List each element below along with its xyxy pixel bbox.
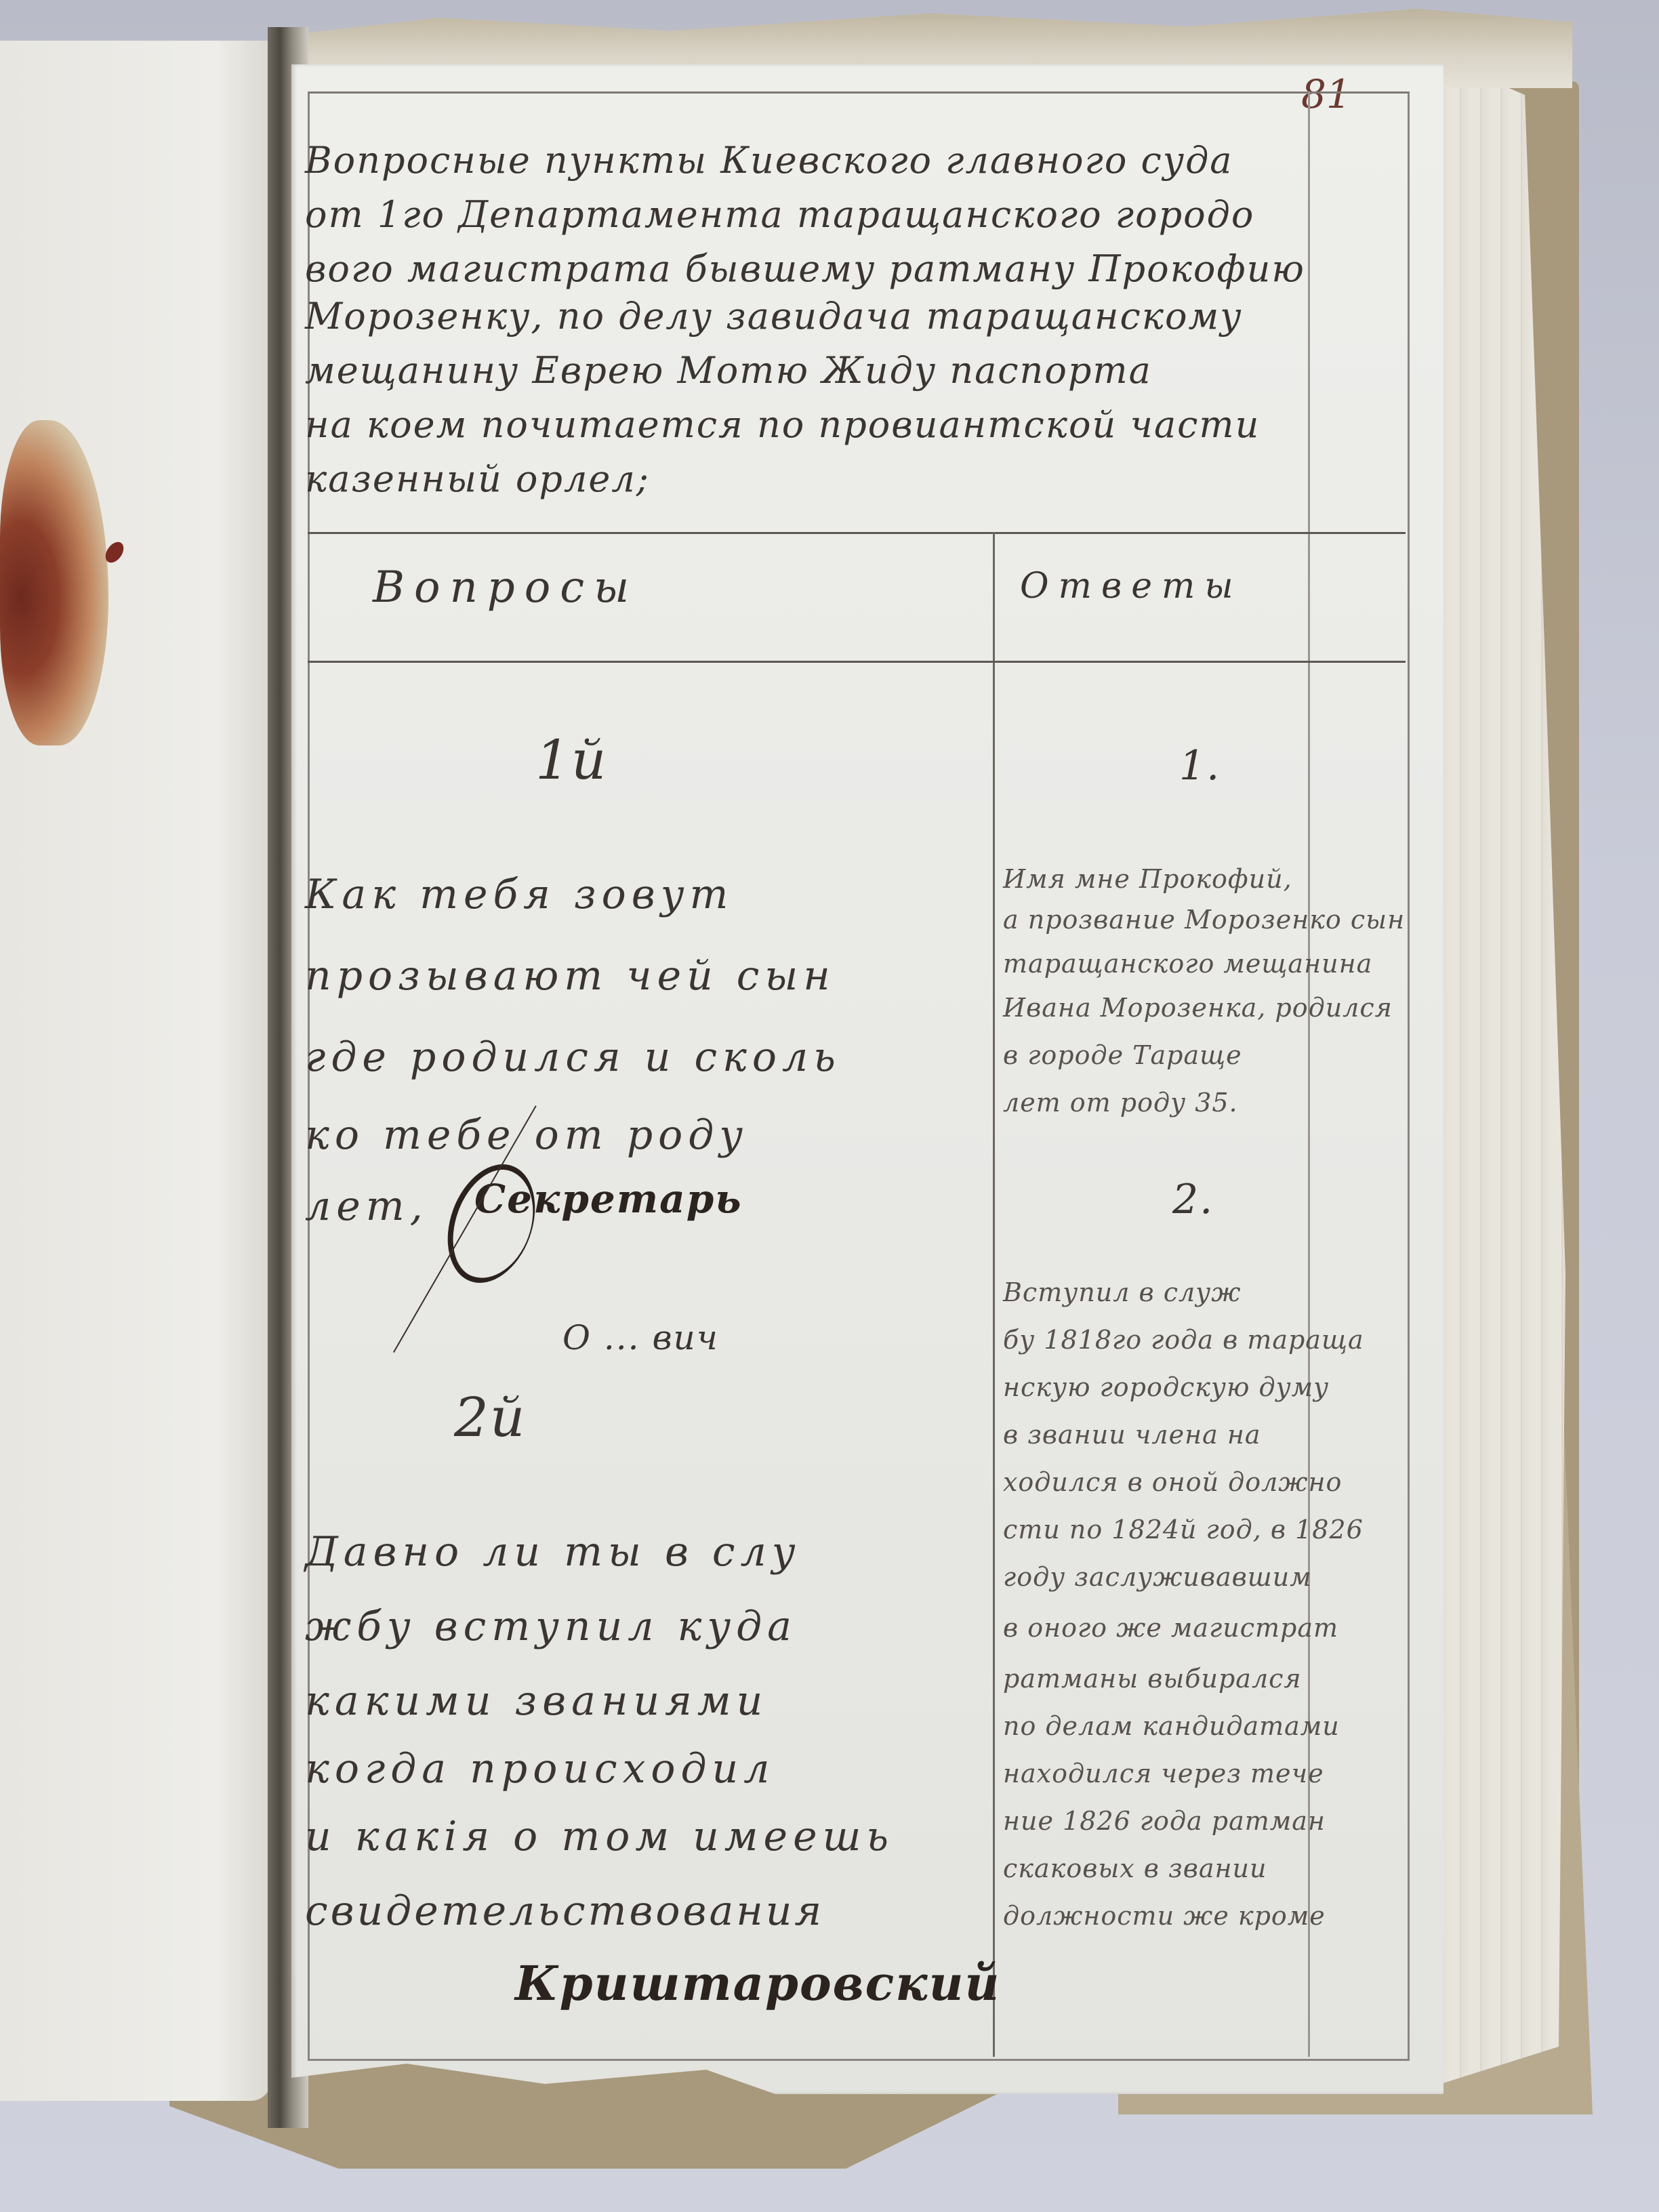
answer-line: нскую городскую думу [1003, 1372, 1329, 1402]
question-line: свидетельствования [305, 1887, 824, 1935]
answer-line: по делам кандидатами [1003, 1711, 1340, 1741]
answer-line: ратманы выбирался [1003, 1664, 1302, 1694]
manuscript-page: 81 Вопросные пункты Киевского главного с… [291, 64, 1443, 2094]
question-line: ко тебе от роду [305, 1111, 748, 1159]
answer-number: 1. [1179, 742, 1221, 790]
answer-line: ходился в оной должно [1003, 1467, 1342, 1497]
answer-line: в звании члена на [1003, 1420, 1261, 1450]
signature-suffix: О ... вич [562, 1318, 719, 1357]
question-line: жбу вступил куда [305, 1603, 797, 1650]
preamble-line: Вопросные пункты Киевского главного суда [305, 139, 1233, 182]
answer-line: бу 1818го года в тараща [1003, 1325, 1364, 1355]
column-divider [993, 532, 995, 2057]
question-line: где родился и сколь [305, 1033, 841, 1081]
preamble-line: казенный орлел; [305, 457, 650, 500]
preamble-line: на коем почитается по провиантской части [305, 403, 1260, 446]
answer-line: скаковых в звании [1003, 1853, 1267, 1883]
question-number: 1й [535, 729, 607, 792]
answer-line: Ивана Морозенка, родился [1003, 993, 1393, 1023]
preamble-line: вого магистрата бывшему ратману Прокофию [305, 247, 1305, 290]
left-page [0, 41, 271, 2101]
answer-line: Вступил в служ [1003, 1277, 1241, 1307]
answer-line: году заслуживавшим [1003, 1562, 1312, 1592]
preamble-line: Морозенку, по делу завидача таращанскому [305, 295, 1243, 337]
header-questions: Вопросы [373, 562, 638, 613]
table-top-rule [308, 532, 1406, 534]
answer-line: должности же кроме [1003, 1901, 1326, 1931]
question-line: какими званиями [305, 1677, 768, 1725]
question-line: Как тебя зовут [305, 871, 733, 918]
answer-number: 2. [1172, 1176, 1214, 1223]
answer-line: находился через тече [1003, 1759, 1324, 1788]
answer-line: в оного же магистрат [1003, 1613, 1338, 1643]
official-signature: Криштаровский [515, 1955, 1000, 2011]
answer-line: Имя мне Прокофий, [1003, 864, 1292, 894]
answer-line: лет от роду 35. [1003, 1088, 1238, 1118]
question-line: и какія о том имеешь [305, 1813, 894, 1860]
answer-line: а прозвание Морозенко сын [1003, 905, 1405, 935]
question-line: Давно ли ты в слу [305, 1528, 801, 1576]
answer-line: в городе Тараще [1003, 1040, 1242, 1070]
header-bottom-rule [308, 661, 1406, 663]
question-number: 2й [454, 1386, 526, 1449]
preamble-line: мещанину Еврею Мотю Жиду паспорта [305, 349, 1152, 392]
question-line: когда происходил [305, 1745, 775, 1793]
header-answers: Ответы [1020, 566, 1243, 607]
question-line: лет, [305, 1183, 428, 1230]
preamble-line: от 1го Департамента таращанского городо [305, 193, 1254, 236]
question-line: прозывают чей сын [305, 952, 836, 1000]
answer-line: сти по 1824й год, в 1826 [1003, 1515, 1364, 1544]
answer-line: таращанского мещанина [1003, 949, 1372, 979]
ink-stain [0, 420, 108, 745]
answer-line: ние 1826 года ратман [1003, 1806, 1326, 1836]
